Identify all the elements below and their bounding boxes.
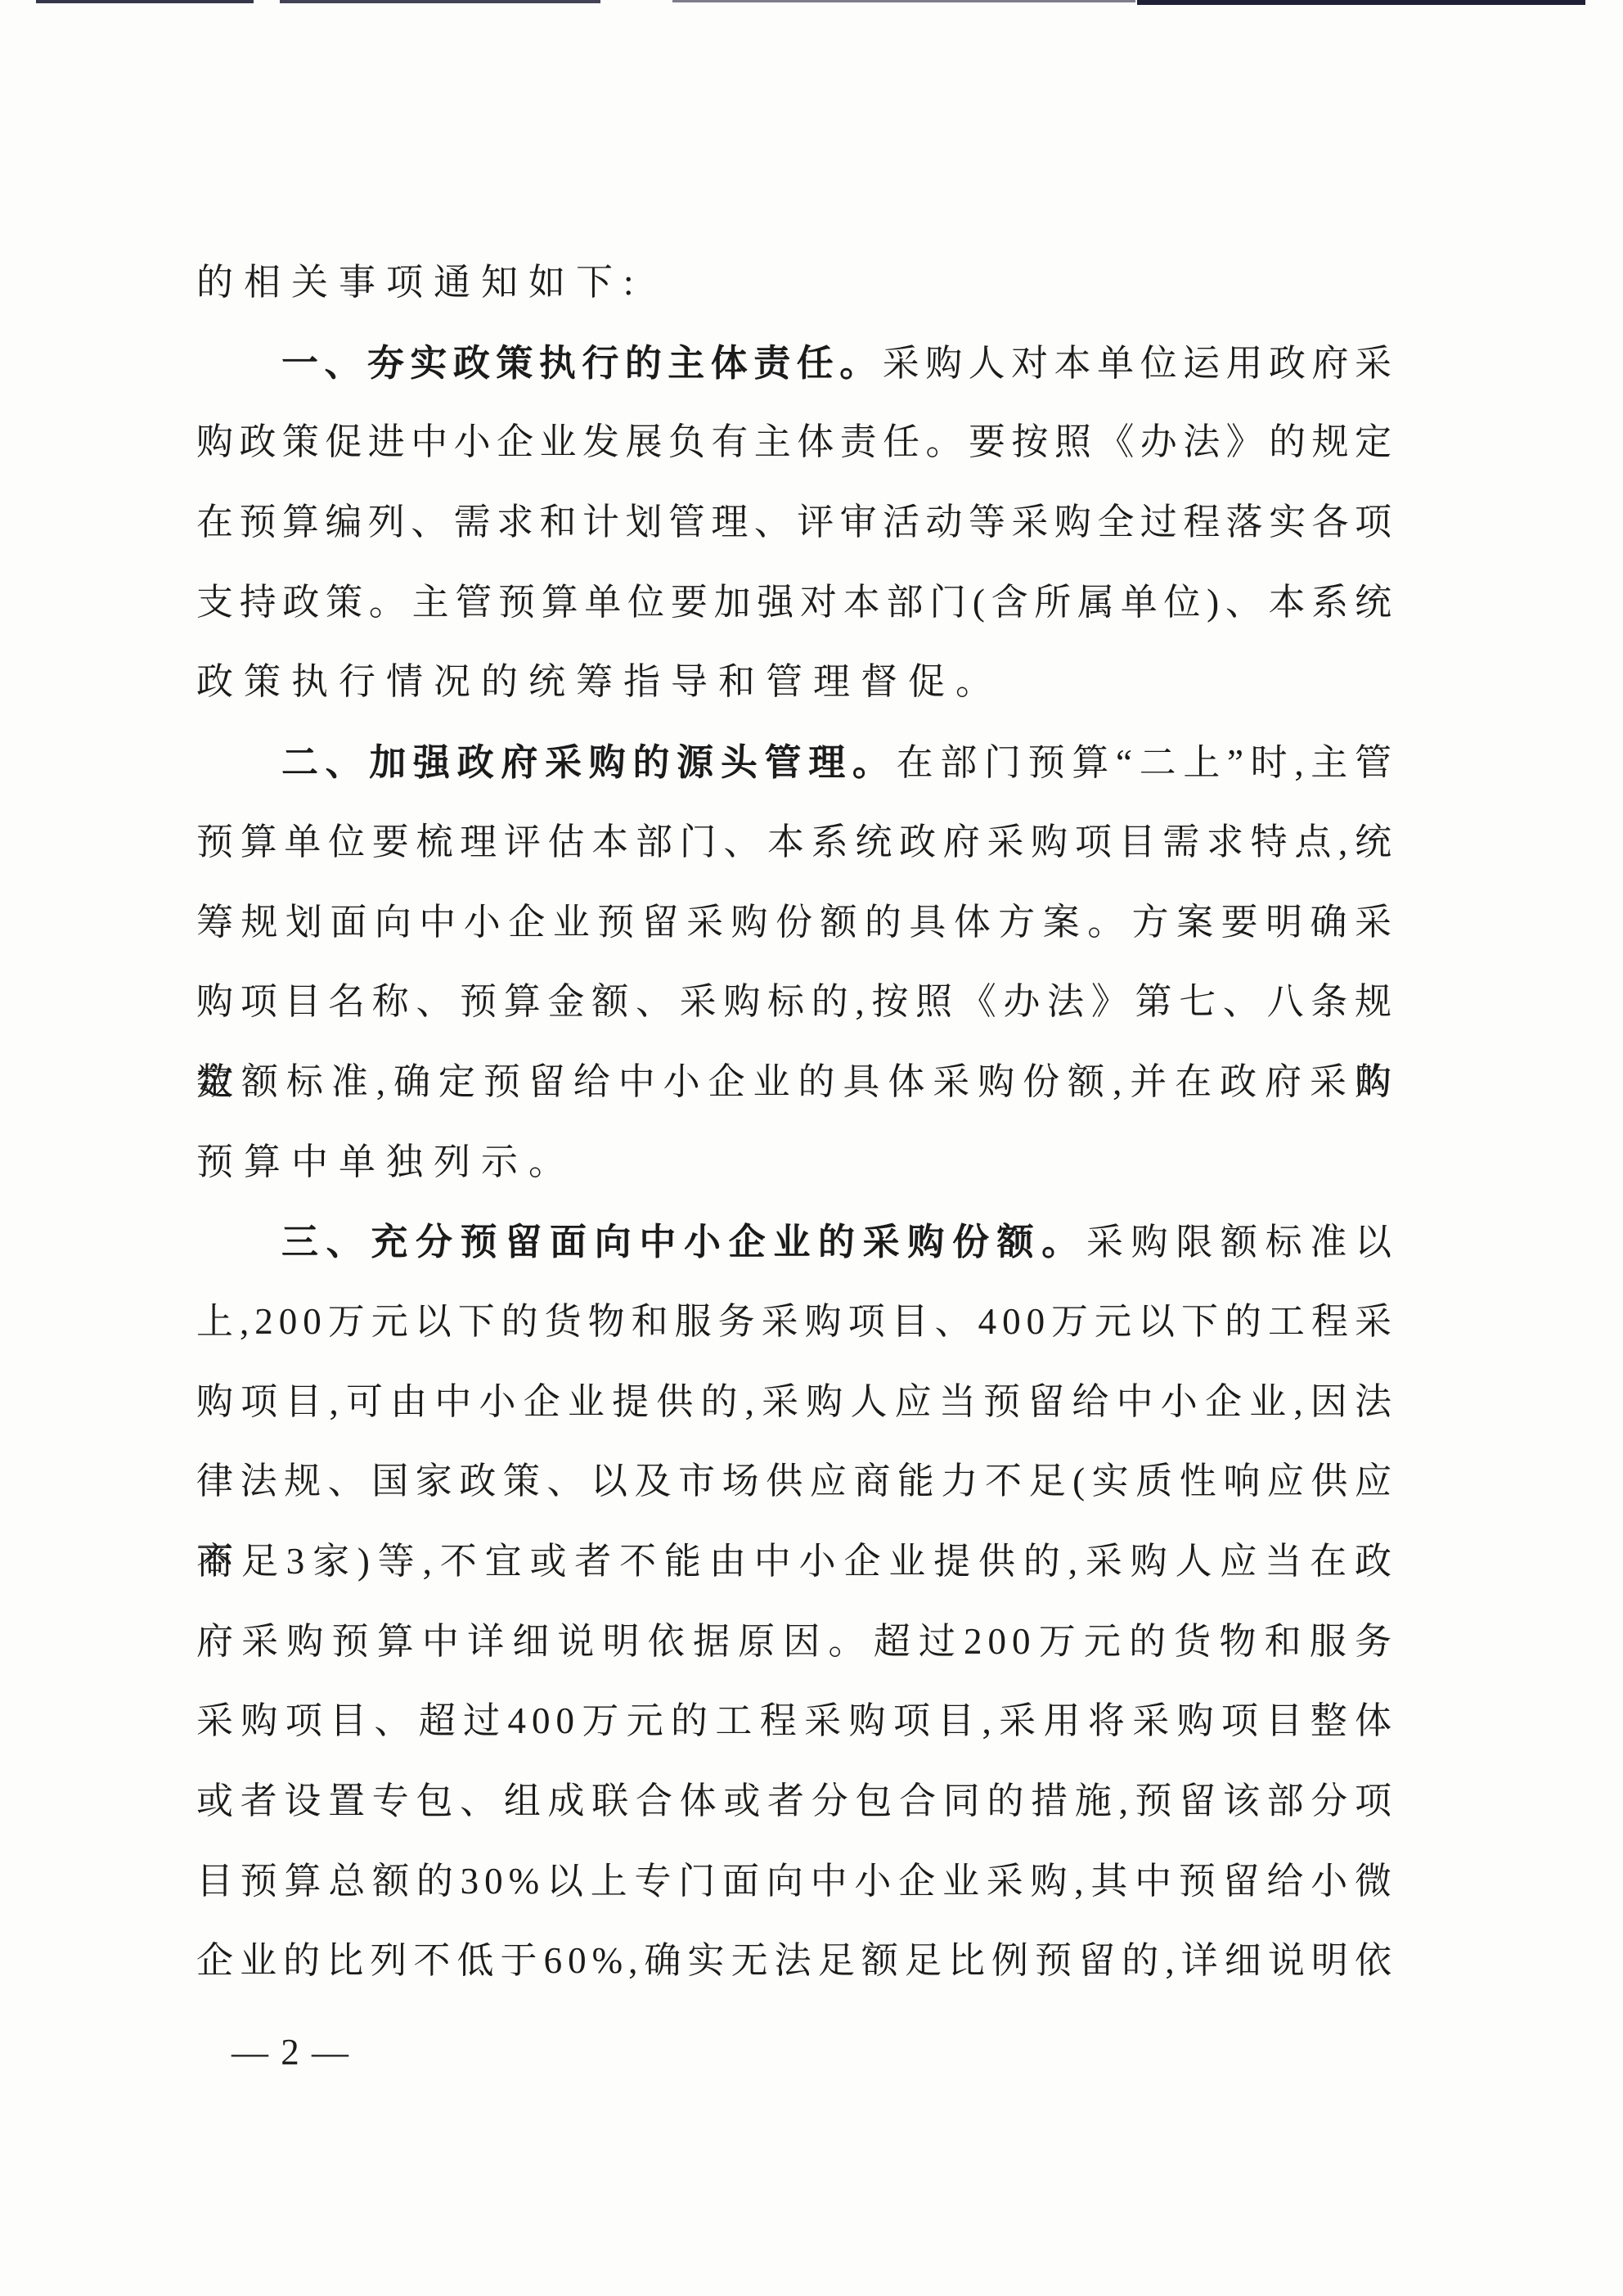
body-text: 在部门预算“二上”时,主管 (897, 742, 1397, 783)
body-text: 购政策促进中小企业发展负有主体责任。要按照《办法》的规定 (196, 421, 1397, 462)
body-text: 政策执行情况的统筹指导和管理督促。 (196, 661, 1003, 702)
text-line: 府采购预算中详细说明依据原因。超过200万元的货物和服务 (196, 1602, 1397, 1682)
page-number: — 2 — (232, 2031, 350, 2073)
body-text: 采购人对本单位运用政府采 (883, 343, 1397, 384)
text-line: 预算单位要梳理评估本部门、本系统政府采购项目需求特点,统 (196, 803, 1397, 883)
text-block: 的相关事项通知如下:一、夯实政策执行的主体责任。采购人对本单位运用政府采购政策促… (196, 243, 1397, 2001)
text-line: 预算中单独列示。 (196, 1123, 1397, 1203)
text-line: 一、夯实政策执行的主体责任。采购人对本单位运用政府采 (196, 323, 1397, 403)
text-line: 筹规划面向中小企业预留采购份额的具体方案。方案要明确采 (196, 883, 1397, 963)
section-heading-text: 一、夯实政策执行的主体责任。 (281, 341, 883, 385)
body-text: 目预算总额的30%以上专门面向中小企业采购,其中预留给小微 (196, 1861, 1397, 1902)
body-text: 支持政策。主管预算单位要加强对本部门(含所属单位)、本系统 (196, 582, 1397, 623)
body-text: 上,200万元以下的货物和服务采购项目、400万元以下的工程采 (196, 1301, 1397, 1342)
body-text: 筹规划面向中小企业预留采购份额的具体方案。方案要明确采 (196, 902, 1397, 943)
text-line: 不足3家)等,不宜或者不能由中小企业提供的,采购人应当在政 (196, 1522, 1397, 1602)
text-line: 购政策促进中小企业发展负有主体责任。要按照《办法》的规定 (196, 403, 1397, 483)
body-text: 数额标准,确定预留给中小企业的具体采购份额,并在政府采购 (196, 1061, 1397, 1102)
text-line: 二、加强政府采购的源头管理。在部门预算“二上”时,主管 (196, 723, 1397, 803)
text-line: 目预算总额的30%以上专门面向中小企业采购,其中预留给小微 (196, 1842, 1397, 1922)
body-text: 采购限额标准以 (1086, 1222, 1397, 1263)
body-text: 预算单位要梳理评估本部门、本系统政府采购项目需求特点,统 (196, 822, 1397, 862)
body-text: 在预算编列、需求和计划管理、评审活动等采购全过程落实各项 (196, 502, 1397, 542)
text-line: 购项目名称、预算金额、采购标的,按照《办法》第七、八条规定的 (196, 962, 1397, 1042)
scan-artifact-segment (672, 0, 1135, 2)
text-line: 在预算编列、需求和计划管理、评审活动等采购全过程落实各项 (196, 483, 1397, 563)
body-text: 企业的比列不低于60%,确实无法足额足比例预留的,详细说明依 (196, 1940, 1397, 1981)
scanned-document-page: 的相关事项通知如下:一、夯实政策执行的主体责任。采购人对本单位运用政府采购政策促… (0, 0, 1623, 2296)
scan-artifact-segment (36, 0, 254, 3)
text-line: 上,200万元以下的货物和服务采购项目、400万元以下的工程采 (196, 1282, 1397, 1362)
body-text: 不足3家)等,不宜或者不能由中小企业提供的,采购人应当在政 (196, 1541, 1397, 1582)
section-heading-text: 三、充分预留面向中小企业的采购份额。 (281, 1220, 1086, 1263)
text-line: 的相关事项通知如下: (196, 243, 1397, 323)
text-line: 采购项目、超过400万元的工程采购项目,采用将采购项目整体 (196, 1681, 1397, 1762)
body-text: 的相关事项通知如下: (196, 262, 645, 303)
body-text: 或者设置专包、组成联合体或者分包合同的措施,预留该部分项 (196, 1781, 1397, 1821)
text-line: 购项目,可由中小企业提供的,采购人应当预留给中小企业,因法 (196, 1362, 1397, 1443)
text-line: 支持政策。主管预算单位要加强对本部门(含所属单位)、本系统 (196, 563, 1397, 643)
text-line: 律法规、国家政策、以及市场供应商能力不足(实质性响应供应商 (196, 1442, 1397, 1522)
text-line: 数额标准,确定预留给中小企业的具体采购份额,并在政府采购 (196, 1042, 1397, 1123)
body-text: 采购项目、超过400万元的工程采购项目,采用将采购项目整体 (196, 1700, 1397, 1741)
body-text: 府采购预算中详细说明依据原因。超过200万元的货物和服务 (196, 1621, 1397, 1662)
text-line: 企业的比列不低于60%,确实无法足额足比例预留的,详细说明依 (196, 1921, 1397, 2001)
text-line: 三、充分预留面向中小企业的采购份额。采购限额标准以 (196, 1202, 1397, 1282)
text-line: 或者设置专包、组成联合体或者分包合同的措施,预留该部分项 (196, 1762, 1397, 1842)
text-line: 政策执行情况的统筹指导和管理督促。 (196, 642, 1397, 723)
scan-artifact-segment (280, 0, 600, 3)
scan-artifact-segment (1137, 0, 1585, 5)
body-text: 预算中单独列示。 (196, 1141, 576, 1182)
section-heading-text: 二、加强政府采购的源头管理。 (281, 741, 897, 784)
body-text: 购项目,可由中小企业提供的,采购人应当预留给中小企业,因法 (196, 1381, 1397, 1422)
